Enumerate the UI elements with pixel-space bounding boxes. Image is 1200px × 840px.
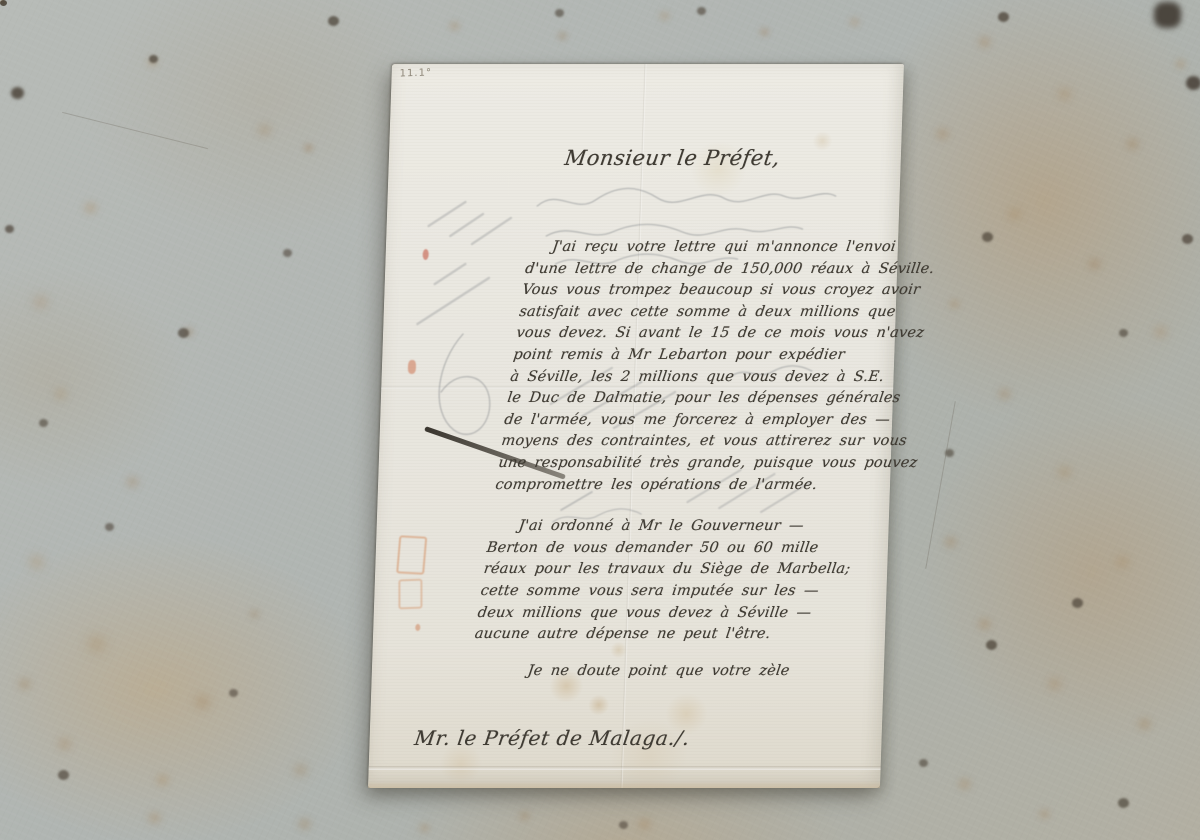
letter-line: à Séville, les 2 millions que vous devez… [509, 367, 931, 389]
letter-line: Je ne doute point que votre zèle [526, 661, 890, 683]
letter-line: satisfait avec cette somme à deux millio… [518, 302, 940, 324]
rust-stain [415, 624, 420, 631]
letter-line: Berton de vous demander 50 ou 60 mille [485, 538, 907, 560]
letter-line: deux millions que vous devez à Séville — [476, 603, 898, 625]
letter-line: J'ai ordonné à Mr le Gouverneur — [517, 516, 910, 538]
letter-line: cette somme vous sera imputée sur les — [479, 581, 901, 603]
letter-line: une responsabilité très grande, puisque … [497, 453, 919, 475]
address-line: Mr. le Préfet de Malaga./. [413, 726, 691, 750]
letter-line: J'ai reçu votre lettre qui m'annonce l'e… [551, 237, 949, 259]
letter-line: vous devez. Si avant le 15 de ce mois vo… [515, 323, 937, 345]
letter-line: point remis à Mr Lebarton pour expédier [512, 345, 934, 367]
horizontal-fold-crease [369, 766, 881, 770]
letter-line: moyens des contraintes, et vous attirere… [500, 431, 922, 453]
letter-line: compromettre les opérations de l'armée. [494, 475, 916, 497]
rust-stain [408, 360, 416, 374]
paper-deckle-edge [368, 781, 880, 788]
letter-line: réaux pour les travaux du Siège de Marbe… [482, 559, 904, 581]
letter-line: le Duc de Dalmatie, pour les dépenses gé… [506, 388, 928, 410]
letter-body: J'ai reçu votre lettre qui m'annonce l'e… [468, 237, 948, 682]
pencil-number: 11.1° [400, 67, 432, 79]
photo-of-letter: 11.1° Monsieur le Préfet, J'ai reçu votr… [0, 0, 1200, 840]
letter-line: aucune autre dépense ne peut l'être. [473, 624, 895, 646]
rust-stain [396, 535, 427, 574]
letter-line: d'une lettre de change de 150,000 réaux … [524, 259, 946, 281]
wall-dark-pits [0, 0, 7, 6]
letter-line: Vous vous trompez beaucoup si vous croye… [521, 280, 943, 302]
letter-line: de l'armée, vous me forcerez à employer … [503, 410, 925, 432]
letter-sheet: 11.1° Monsieur le Préfet, J'ai reçu votr… [368, 64, 904, 788]
salutation: Monsieur le Préfet, [563, 146, 781, 170]
rust-stain [398, 579, 422, 610]
